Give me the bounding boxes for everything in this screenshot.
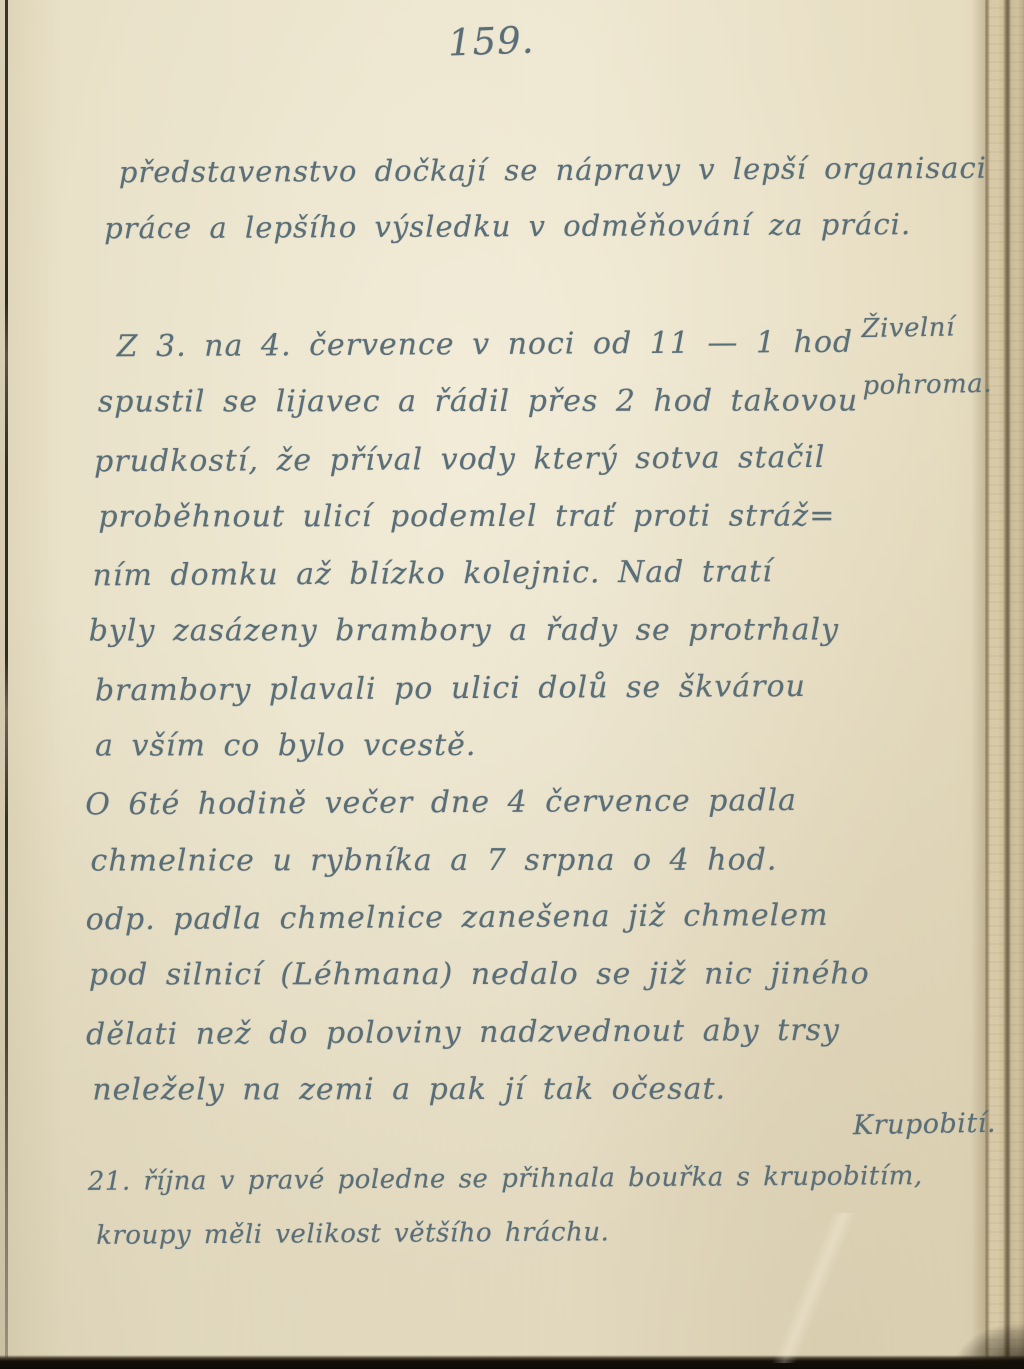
handwritten-line: dělati než do poloviny nadzvednout aby t… [86,1001,870,1063]
chronicle-page-scan: 159. představenstvo dočkají se nápravy v… [0,0,1024,1369]
handwritten-line: O 6té hodině večer dne 4 července padla [85,772,869,834]
handwritten-line: pod silnicí (Léhmana) nedalo se již nic … [89,946,870,1004]
handwritten-line: proběhnout ulicí podemlel trať proti str… [98,487,868,545]
handwritten-line: představenstvo dočkají se nápravy v lepš… [119,140,987,201]
book-fore-edge [985,0,1024,1369]
handwritten-line: byly zasázeny brambory a řady se protrha… [89,602,869,660]
handwritten-line: 21. října v pravé poledne se přihnala bo… [88,1149,923,1209]
handwritten-line: spustil se lijavec a řádil přes 2 hod ta… [98,373,868,431]
handwritten-line: neležely na zemi a pak jí tak očesat. [92,1060,870,1118]
margin-note-hail: Krupobití. [853,1095,997,1154]
handwritten-line: Z 3. na 4. července v noci od 11 — 1 hod [117,314,868,376]
bottom-right-corner-shadow [954,1323,1024,1369]
handwritten-line: chmelnice u rybníka a 7 srpna o 4 hod. [90,831,869,889]
handwritten-line: prudkostí, že příval vody který sotva st… [94,428,868,490]
page-number: 159. [447,19,535,65]
handwritten-line: práce a lepšího výsledku v odměňování za… [104,196,987,257]
margin-note-disaster: Živelní pohroma. [861,299,993,415]
margin-note-line: pohroma. [862,356,993,415]
handwritten-line: brambory plavali po ulici dolů se škváro… [95,657,869,719]
handwritten-line: kroupy měli velikost většího hráchu. [96,1203,923,1263]
hail-paragraph: 21. října v pravé poledne se přihnala bo… [88,1149,923,1263]
margin-note-line: Živelní [861,299,992,358]
book-bottom-edge [0,1355,1024,1369]
handwritten-line: a vším co bylo vcestě. [95,717,869,775]
margin-note-line: Krupobití. [853,1095,997,1154]
left-scan-edge-line [5,0,8,1369]
storm-paragraph: Z 3. na 4. července v noci od 11 — 1 hod… [84,315,871,1120]
handwritten-line: odp. padla chmelnice zanešena již chmele… [86,887,870,949]
intro-paragraph: představenstvo dočkají se nápravy v lepš… [104,140,988,257]
handwritten-line: ním domku až blízko kolejnic. Nad tratí [92,543,868,605]
